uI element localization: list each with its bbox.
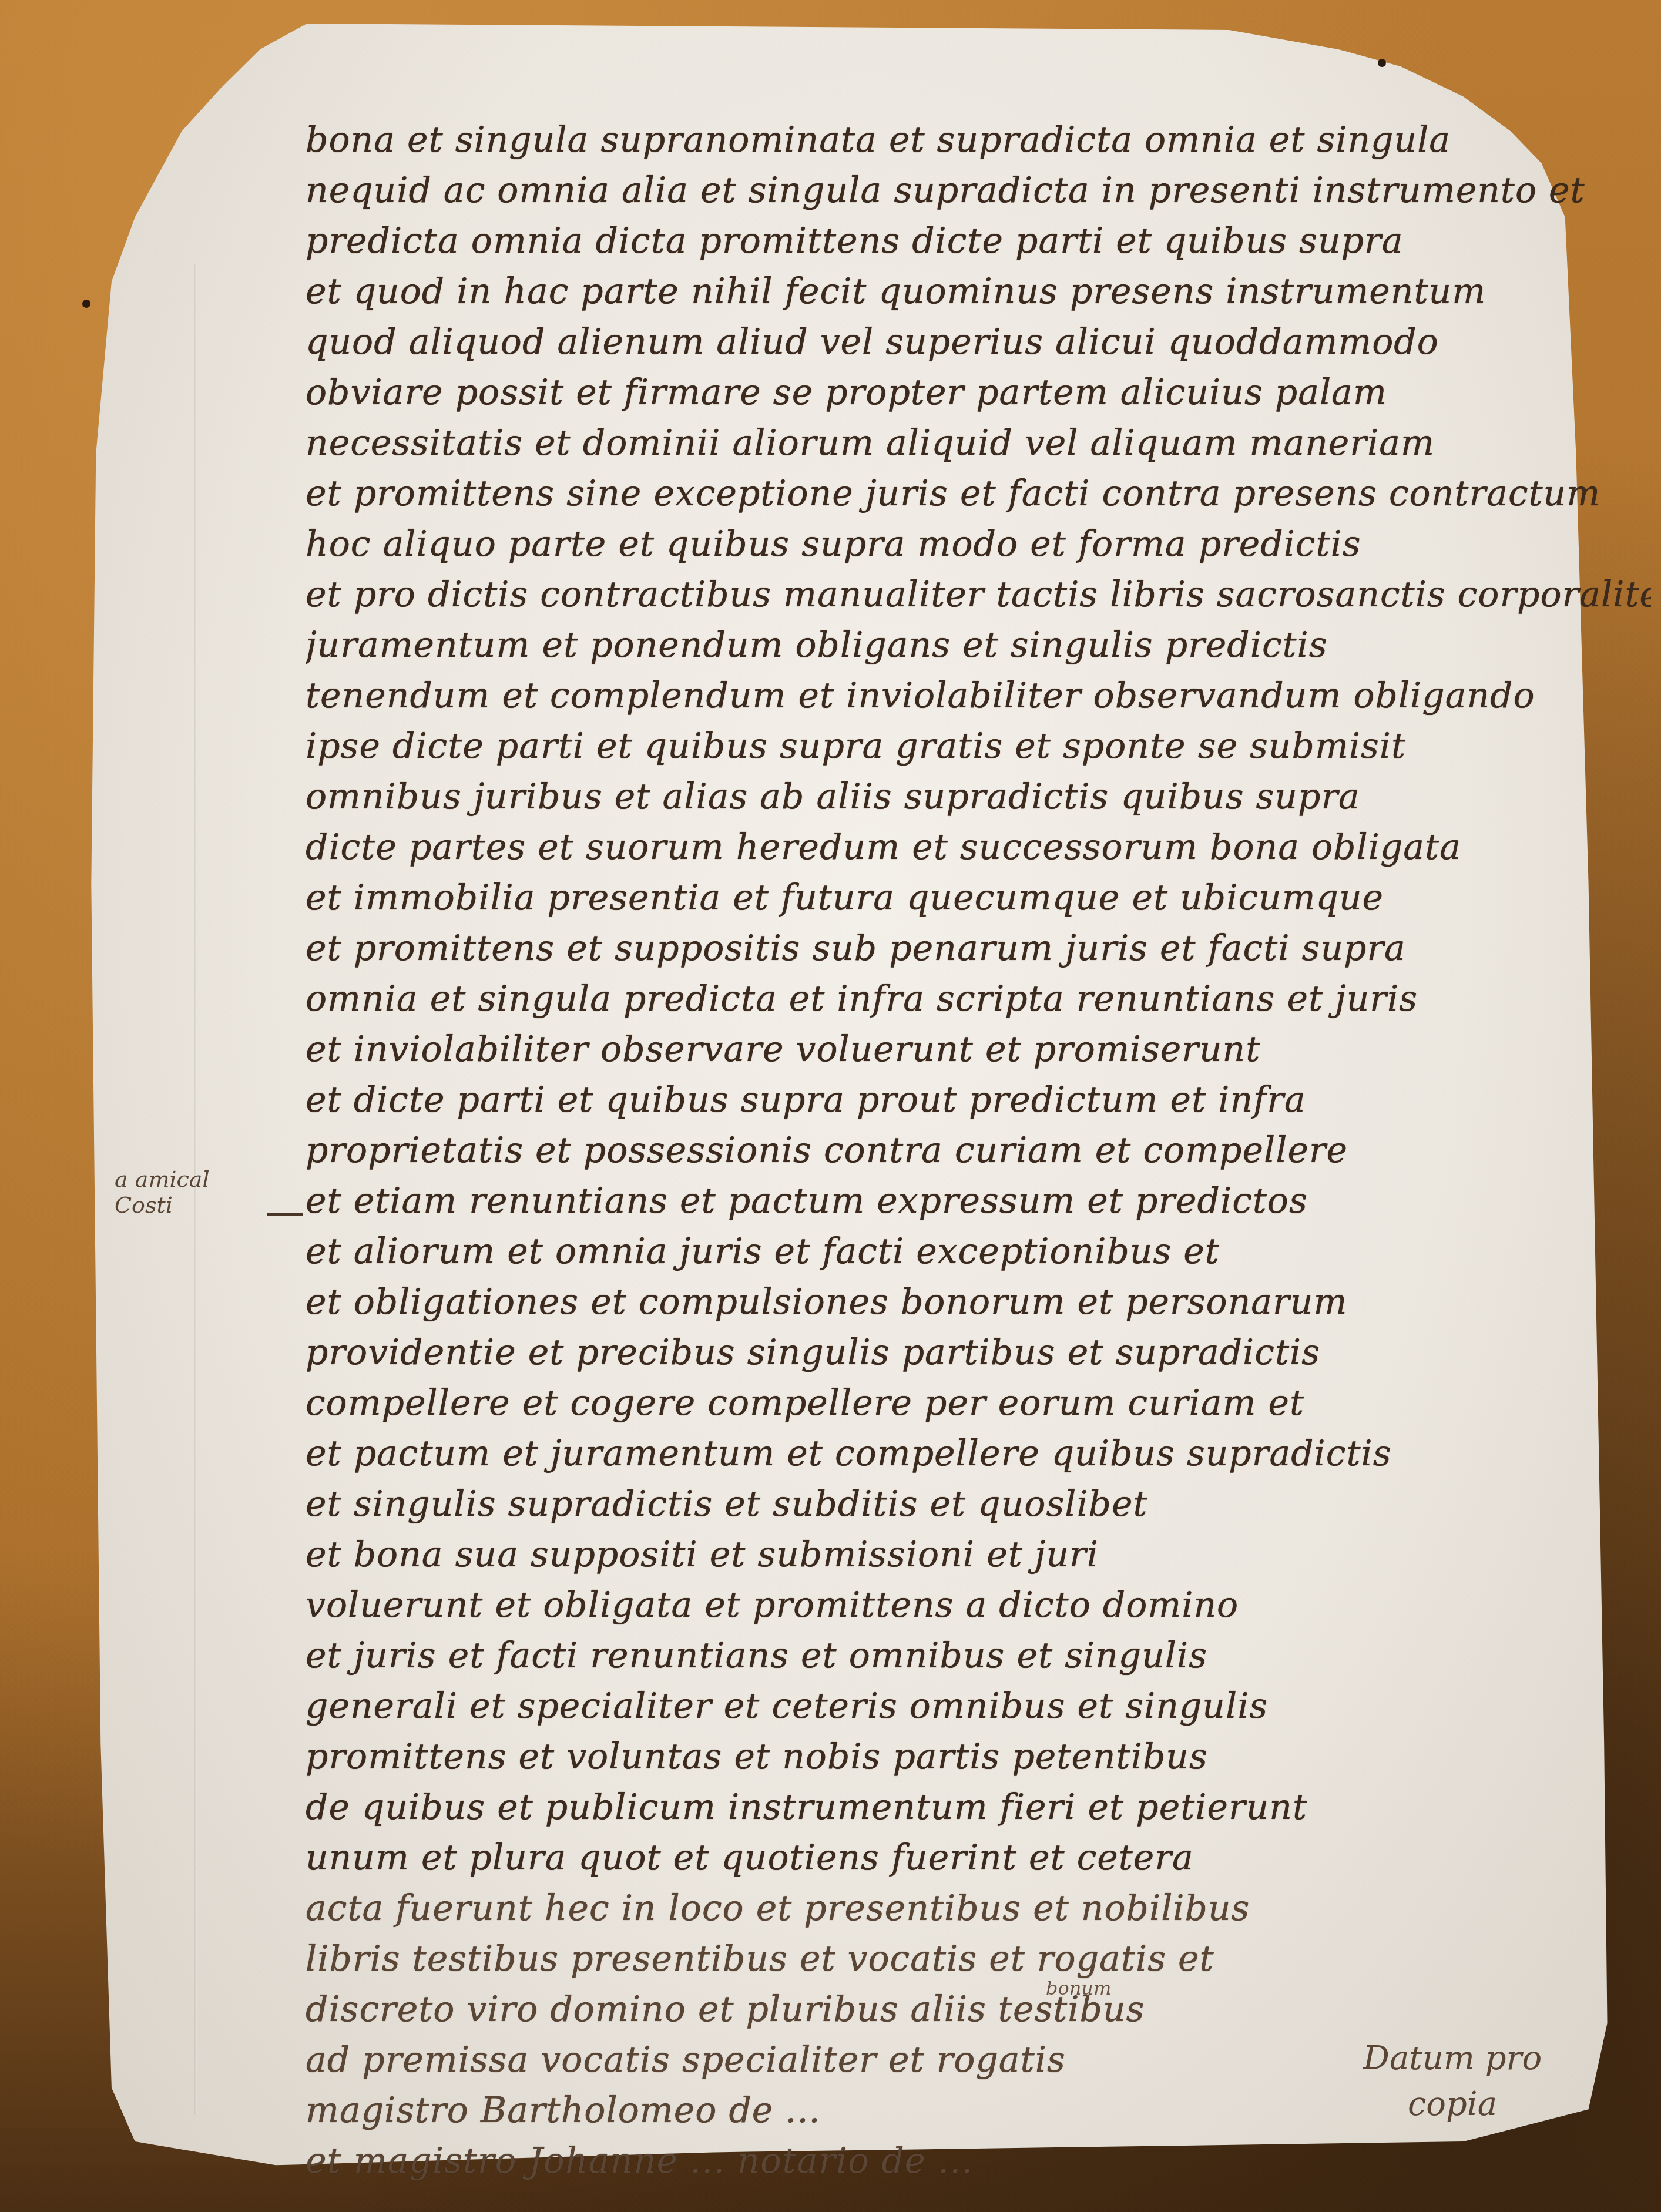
text-line: et juris et facti renuntians et omnibus … bbox=[306, 1630, 1651, 1681]
text-line: et pro dictis contractibus manualiter ta… bbox=[306, 569, 1651, 620]
text-line: et bona sua suppositi et submissioni et … bbox=[306, 1529, 1651, 1580]
text-line: et magistro Johanne ... notario de ... bbox=[306, 2136, 1651, 2186]
text-line: dicte partes et suorum heredum et succes… bbox=[306, 822, 1651, 872]
text-line: quod aliquod alienum aliud vel superius … bbox=[306, 317, 1651, 367]
text-line: necessitatis et dominii aliorum aliquid … bbox=[306, 418, 1651, 468]
margin-bracket bbox=[267, 1166, 303, 1216]
margin-note: a amical Costi bbox=[115, 1166, 291, 1218]
text-line: et dicte parti et quibus supra prout pre… bbox=[306, 1075, 1651, 1125]
text-line: tenendum et complendum et inviolabiliter… bbox=[306, 670, 1651, 721]
text-line: et immobilia presentia et futura quecumq… bbox=[306, 872, 1651, 923]
text-line: et promittens et suppositis sub penarum … bbox=[306, 923, 1651, 974]
text-line: et inviolabiliter observare voluerunt et… bbox=[306, 1024, 1651, 1075]
text-line: compellere et cogere compellere per eoru… bbox=[306, 1378, 1651, 1428]
margin-note-line-1: a amical bbox=[115, 1166, 291, 1192]
closing-note: Datum pro copia bbox=[1363, 2036, 1542, 2127]
closing-note-line-2: copia bbox=[1363, 2082, 1542, 2127]
text-line: predicta omnia dicta promittens dicte pa… bbox=[306, 216, 1651, 266]
main-text-block: bona et singula supranominata et supradi… bbox=[306, 115, 1651, 2186]
text-line: providentie et precibus singulis partibu… bbox=[306, 1327, 1651, 1378]
text-line: omnia et singula predicta et infra scrip… bbox=[306, 974, 1651, 1024]
text-line: promittens et voluntas et nobis partis p… bbox=[306, 1731, 1651, 1782]
text-line: discreto viro domino et pluribus aliis t… bbox=[306, 1984, 1651, 2035]
interlinear-note: bonum bbox=[1046, 1977, 1111, 1999]
text-line: et promittens sine exceptione juris et f… bbox=[306, 468, 1651, 519]
text-line: libris testibus presentibus et vocatis e… bbox=[306, 1934, 1651, 1984]
text-line: et etiam renuntians et pactum expressum … bbox=[306, 1176, 1651, 1226]
text-line: obviare possit et firmare se propter par… bbox=[306, 367, 1651, 418]
text-line: proprietatis et possessionis contra curi… bbox=[306, 1125, 1651, 1176]
text-line: nequid ac omnia alia et singula supradic… bbox=[306, 165, 1651, 216]
ink-spot bbox=[1378, 59, 1386, 67]
text-line: et singulis supradictis et subditis et q… bbox=[306, 1479, 1651, 1529]
text-line: et quod in hac parte nihil fecit quominu… bbox=[306, 266, 1651, 317]
text-line: hoc aliquo parte et quibus supra modo et… bbox=[306, 519, 1651, 569]
text-line: de quibus et publicum instrumentum fieri… bbox=[306, 1782, 1651, 1832]
closing-note-line-1: Datum pro bbox=[1363, 2036, 1542, 2082]
text-line: ipse dicte parti et quibus supra gratis … bbox=[306, 721, 1651, 771]
text-line: voluerunt et obligata et promittens a di… bbox=[306, 1580, 1651, 1630]
text-line: et obligationes et compulsiones bonorum … bbox=[306, 1277, 1651, 1327]
text-line: omnibus juribus et alias ab aliis suprad… bbox=[306, 771, 1651, 822]
text-line: et aliorum et omnia juris et facti excep… bbox=[306, 1226, 1651, 1277]
text-line: juramentum et ponendum obligans et singu… bbox=[306, 620, 1651, 670]
text-line: unum et plura quot et quotiens fuerint e… bbox=[306, 1832, 1651, 1883]
margin-note-line-2: Costi bbox=[115, 1192, 291, 1218]
text-line: bona et singula supranominata et supradi… bbox=[306, 115, 1651, 165]
text-line: generali et specialiter et ceteris omnib… bbox=[306, 1681, 1651, 1731]
ink-spot bbox=[82, 300, 90, 308]
text-line: et pactum et juramentum et compellere qu… bbox=[306, 1428, 1651, 1479]
text-line: acta fuerunt hec in loco et presentibus … bbox=[306, 1883, 1651, 1934]
